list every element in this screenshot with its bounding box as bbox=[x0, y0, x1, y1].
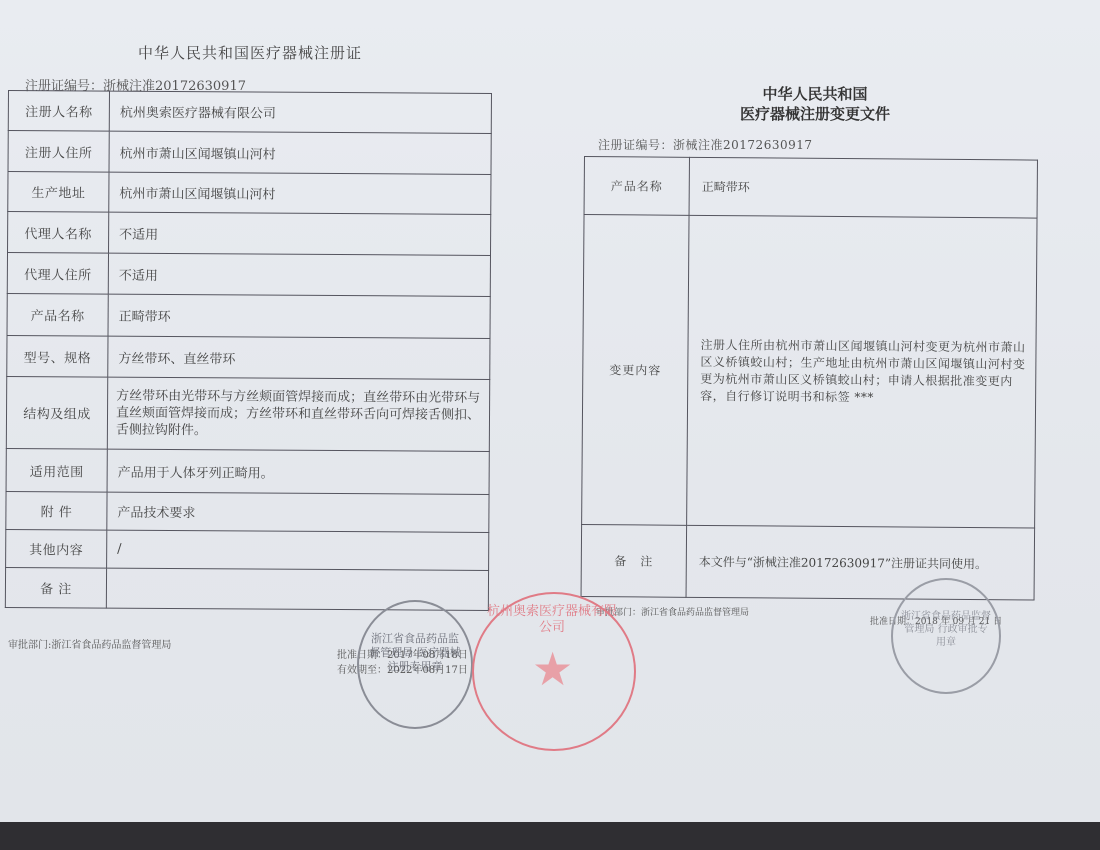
row-label: 代理人名称 bbox=[8, 212, 109, 254]
row-label: 结构及组成 bbox=[6, 376, 107, 449]
certificate-title: 中华人民共和国医疗器械注册证 bbox=[0, 42, 500, 63]
change-document-title: 中华人民共和国 医疗器械注册变更文件 bbox=[580, 84, 1050, 124]
company-seal: ★ 杭州奥索医疗器械有限公司 bbox=[472, 592, 636, 751]
star-icon: ★ bbox=[532, 642, 573, 696]
row-label: 适用范围 bbox=[6, 448, 107, 492]
table-row: 代理人住所不适用 bbox=[7, 253, 490, 297]
row-label: 备 注 bbox=[581, 524, 687, 597]
scanned-page: 中华人民共和国医疗器械注册证 注册证编号：浙械注准20172630917 注册人… bbox=[0, 0, 1100, 822]
row-value: 不适用 bbox=[108, 253, 490, 296]
table-row: 注册人住所杭州市萧山区闻堰镇山河村 bbox=[8, 131, 491, 175]
reg-no-value: 浙械注准20172630917 bbox=[673, 138, 812, 152]
scanner-edge bbox=[0, 822, 1100, 850]
table-row: 型号、规格方丝带环、直丝带环 bbox=[7, 335, 490, 379]
seal-text: 浙江省食品药品监督管理局 医疗器械注册专用章 bbox=[367, 632, 463, 674]
row-value: 不适用 bbox=[109, 212, 491, 255]
row-value: 正畸带环 bbox=[689, 157, 1037, 218]
row-value: 方丝带环由光带环与方丝颊面管焊接而成；直丝带环由光带环与直丝颊面管焊接而成；方丝… bbox=[107, 377, 489, 451]
fda-seal-left: 浙江省食品药品监督管理局 医疗器械注册专用章 bbox=[357, 600, 473, 729]
table-row: 结构及组成方丝带环由光带环与方丝颊面管焊接而成；直丝带环由光带环与直丝颊面管焊接… bbox=[6, 376, 489, 451]
row-label: 其他内容 bbox=[6, 529, 107, 568]
table-row: 产品名称 正畸带环 bbox=[584, 157, 1037, 219]
table-row: 附 件产品技术要求 bbox=[6, 491, 489, 532]
seal-text: 浙江省食品药品监督管理局 行政审批专用章 bbox=[901, 610, 991, 649]
row-label: 产品名称 bbox=[584, 157, 689, 216]
certificate-table: 注册人名称杭州奥索医疗器械有限公司注册人住所杭州市萧山区闻堰镇山河村生产地址杭州… bbox=[5, 90, 492, 611]
row-label: 生产地址 bbox=[8, 172, 109, 213]
row-label: 型号、规格 bbox=[7, 335, 108, 377]
row-label: 附 件 bbox=[6, 491, 107, 530]
row-value: 杭州市萧山区闻堰镇山河村 bbox=[109, 172, 491, 214]
row-value: 产品技术要求 bbox=[107, 492, 489, 532]
change-reg-number: 注册证编号：浙械注准20172630917 bbox=[598, 136, 813, 153]
fda-seal-right: 浙江省食品药品监督管理局 行政审批专用章 bbox=[891, 578, 1001, 694]
table-row: 其他内容/ bbox=[6, 529, 489, 570]
table-row: 生产地址杭州市萧山区闻堰镇山河村 bbox=[8, 172, 491, 215]
table-row: 变更内容 注册人住所由杭州市萧山区闻堰镇山河村变更为杭州市萧山区义桥镇蛟山村；生… bbox=[582, 215, 1037, 529]
change-document-table: 产品名称 正畸带环 变更内容 注册人住所由杭州市萧山区闻堰镇山河村变更为杭州市萧… bbox=[581, 156, 1038, 601]
row-label: 注册人住所 bbox=[8, 131, 109, 173]
table-row: 适用范围产品用于人体牙列正畸用。 bbox=[6, 448, 489, 494]
row-label: 备 注 bbox=[5, 567, 106, 608]
certificate-approval-dept: 审批部门:浙江省食品药品监督管理局 bbox=[8, 636, 171, 651]
row-value: 方丝带环、直丝带环 bbox=[108, 336, 490, 379]
row-value: 产品用于人体牙列正畸用。 bbox=[107, 449, 489, 494]
change-title-line2: 医疗器械注册变更文件 bbox=[580, 104, 1050, 124]
change-title-line1: 中华人民共和国 bbox=[580, 84, 1050, 104]
company-seal-text: 杭州奥索医疗器械有限公司 bbox=[484, 604, 620, 636]
reg-no-label: 注册证编号： bbox=[598, 138, 673, 152]
row-value: 杭州市萧山区闻堰镇山河村 bbox=[109, 131, 491, 174]
row-label: 代理人住所 bbox=[7, 253, 108, 295]
row-value: 正畸带环 bbox=[108, 294, 490, 338]
row-value: 杭州奥索医疗器械有限公司 bbox=[109, 91, 491, 133]
table-row: 代理人名称不适用 bbox=[8, 212, 491, 256]
row-label: 注册人名称 bbox=[8, 91, 109, 132]
row-value: 注册人住所由杭州市萧山区闻堰镇山河村变更为杭州市萧山区义桥镇蛟山村；生产地址由杭… bbox=[687, 215, 1037, 528]
row-label: 变更内容 bbox=[582, 215, 689, 526]
table-row: 产品名称正畸带环 bbox=[7, 293, 490, 338]
row-value: / bbox=[107, 530, 489, 570]
table-row: 注册人名称杭州奥索医疗器械有限公司 bbox=[8, 91, 491, 134]
row-label: 产品名称 bbox=[7, 293, 108, 336]
row-value: 本文件与“浙械注准20172630917”注册证共同使用。 bbox=[686, 525, 1035, 600]
